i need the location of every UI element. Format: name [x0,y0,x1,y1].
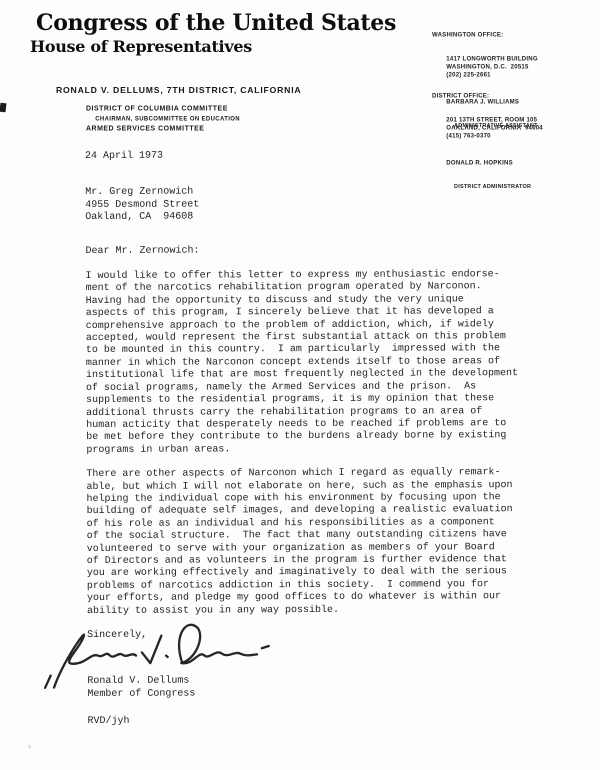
closing-line: Sincerely, [87,628,519,642]
letter-body: 24 April 1973 Mr. Greg Zernowich4955 Des… [85,149,520,729]
office-address-line: 201 13TH STREET, ROOM 105 [446,116,597,124]
salutation: Dear Mr. Zernowich: [85,244,517,258]
letterhead-org-name: Congress of the United States [36,10,396,36]
office-address-line: (415) 763-0370 [446,132,597,140]
scan-plus-artifact: + [27,742,32,752]
letter-page: Congress of the United States House of R… [0,0,600,770]
paragraph-line: programs in urban areas. [86,443,518,457]
committee-item: CHAIRMAN, SUBCOMMITTEE ON EDUCATION [95,114,363,124]
committee-list: DISTRICT OF COLUMBIA COMMITTEECHAIRMAN, … [86,104,363,134]
reference-initials: RVD/jyh [87,714,519,728]
scan-edge-artifact [0,103,6,113]
member-name-line: RONALD V. DELLUMS, 7TH DISTRICT, CALIFOR… [56,85,301,95]
paragraph-line: ability to assist you in any way possibl… [87,604,519,618]
committee-item: DISTRICT OF COLUMBIA COMMITTEE [86,104,363,114]
district-office-heading: DISTRICT OFFICE: [432,92,597,100]
sender-typed-title: Member of Congress [87,687,519,701]
recipient-address: Mr. Greg Zernowich4955 Desmond StreetOak… [85,186,517,225]
paragraph-line: supplements to the residential programs,… [86,393,518,407]
committee-item: ARMED SERVICES COMMITTEE [86,124,363,134]
office-address-line: 1417 LONGWORTH BUILDING [446,55,597,63]
paragraph-line: your efforts, and pledge my good offices… [87,591,519,605]
paragraph-2: There are other aspects of Narconon whic… [86,467,519,618]
office-address-line: WASHINGTON, D.C. 20515 [446,63,597,71]
washington-office-heading: WASHINGTON OFFICE: [432,31,597,39]
paragraph-line: be met before they contribute to the bur… [86,430,518,444]
letterhead-chamber-name: House of Representatives [30,37,252,56]
district-office-address: 201 13TH STREET, ROOM 105OAKLAND, CALIFO… [432,116,597,140]
letter-date: 24 April 1973 [85,149,517,163]
paragraph-1: I would like to offer this letter to exp… [86,269,519,457]
office-address-line: OAKLAND, CALIFORNIA 94604 [446,124,597,132]
recipient-address-line: Oakland, CA 94608 [85,210,517,224]
